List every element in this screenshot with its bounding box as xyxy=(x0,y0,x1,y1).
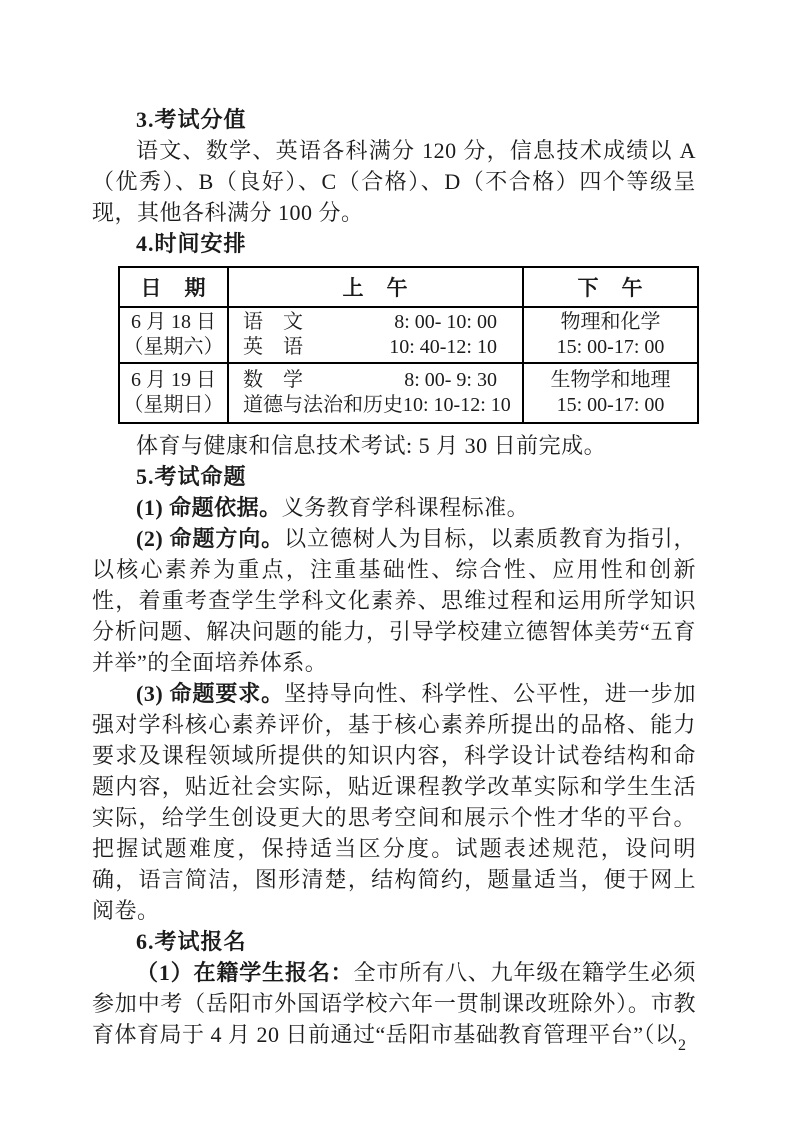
morning-exam-line: 英 语 10: 40-12: 10 xyxy=(229,335,522,360)
schedule-row-june19: 6 月 19 日 （星期日） 数 学 8: 00- 9: 30 道德与法治和历史… xyxy=(119,363,698,423)
afternoon-cell: 物理和化学 15: 00-17: 00 xyxy=(523,307,698,363)
morning-cell: 语 文 8: 00- 10: 00 英 语 10: 40-12: 10 xyxy=(228,307,523,363)
item-lead: (1) 命题依据。 xyxy=(136,495,282,520)
subject-label: 数 学 xyxy=(243,368,303,393)
subject-label: 英 语 xyxy=(243,335,303,360)
morning-cell: 数 学 8: 00- 9: 30 道德与法治和历史 10: 10-12: 10 xyxy=(228,363,523,423)
date-cell: 6 月 18 日 （星期六） xyxy=(119,307,228,363)
date-weekday: （星期日） xyxy=(120,393,227,418)
item-body: 坚持导向性、科学性、公平性，进一步加强对学科核心素养评价，基于核心素养所提出的品… xyxy=(92,681,696,923)
header-afternoon: 下 午 xyxy=(523,267,698,307)
paragraph-exam-scores: 语文、数学、英语各科满分 120 分，信息技术成绩以 A（优秀）、B（良好）、C… xyxy=(92,135,696,228)
afternoon-cell: 生物学和地理 15: 00-17: 00 xyxy=(523,363,698,423)
heading-exam-proposition: 5.考试命题 xyxy=(92,461,696,492)
morning-exam-line: 道德与法治和历史 10: 10-12: 10 xyxy=(229,393,522,418)
item-lead: (2) 命题方向。 xyxy=(136,526,284,551)
date-cell: 6 月 19 日 （星期日） xyxy=(119,363,228,423)
document-content: 3.考试分值 语文、数学、英语各科满分 120 分，信息技术成绩以 A（优秀）、… xyxy=(92,104,696,1050)
paragraph-registration-enrolled: （1）在籍学生报名：全市所有八、九年级在籍学生必须参加中考（岳阳市外国语学校六年… xyxy=(92,957,696,1050)
morning-exam-line: 语 文 8: 00- 10: 00 xyxy=(229,310,522,335)
exam-time: 8: 00- 10: 00 xyxy=(394,310,497,335)
schedule-header-row: 日 期 上 午 下 午 xyxy=(119,267,698,307)
paragraph-table-note: 体育与健康和信息技术考试: 5 月 30 日前完成。 xyxy=(92,430,696,461)
subject-label: 生物学和地理 xyxy=(524,368,697,393)
exam-time: 10: 40-12: 10 xyxy=(389,335,497,360)
header-date: 日 期 xyxy=(119,267,228,307)
item-body: 义务教育学科课程标准。 xyxy=(282,495,530,520)
page-number: 2 xyxy=(678,1036,686,1056)
subject-label: 物理和化学 xyxy=(524,310,697,335)
heading-exam-registration: 6.考试报名 xyxy=(92,926,696,957)
item-lead: （1）在籍学生报名： xyxy=(136,960,354,985)
date-line: 6 月 19 日 xyxy=(120,368,227,393)
morning-exam-line: 数 学 8: 00- 9: 30 xyxy=(229,368,522,393)
exam-schedule-table: 日 期 上 午 下 午 6 月 18 日 （星期六） 语 文 8: 00- 10… xyxy=(118,266,699,424)
item-lead: (3) 命题要求。 xyxy=(136,681,284,706)
exam-time: 10: 10-12: 10 xyxy=(403,393,511,418)
paragraph-proposition-basis: (1) 命题依据。义务教育学科课程标准。 xyxy=(92,492,696,523)
paragraph-proposition-direction: (2) 命题方向。以立德树人为目标，以素质教育为指引，以核心素养为重点，注重基础… xyxy=(92,523,696,678)
document-page: 3.考试分值 语文、数学、英语各科满分 120 分，信息技术成绩以 A（优秀）、… xyxy=(0,0,793,1122)
heading-exam-scores: 3.考试分值 xyxy=(92,104,696,135)
exam-time: 8: 00- 9: 30 xyxy=(404,368,497,393)
subject-label: 语 文 xyxy=(243,310,303,335)
exam-time: 15: 00-17: 00 xyxy=(524,393,697,418)
paragraph-proposition-requirements: (3) 命题要求。坚持导向性、科学性、公平性，进一步加强对学科核心素养评价，基于… xyxy=(92,678,696,926)
date-line: 6 月 18 日 xyxy=(120,310,227,335)
subject-label: 道德与法治和历史 xyxy=(243,393,403,418)
schedule-row-june18: 6 月 18 日 （星期六） 语 文 8: 00- 10: 00 英 语 10:… xyxy=(119,307,698,363)
exam-time: 15: 00-17: 00 xyxy=(524,335,697,360)
heading-time-schedule: 4.时间安排 xyxy=(92,228,696,259)
header-morning: 上 午 xyxy=(228,267,523,307)
date-weekday: （星期六） xyxy=(120,335,227,360)
